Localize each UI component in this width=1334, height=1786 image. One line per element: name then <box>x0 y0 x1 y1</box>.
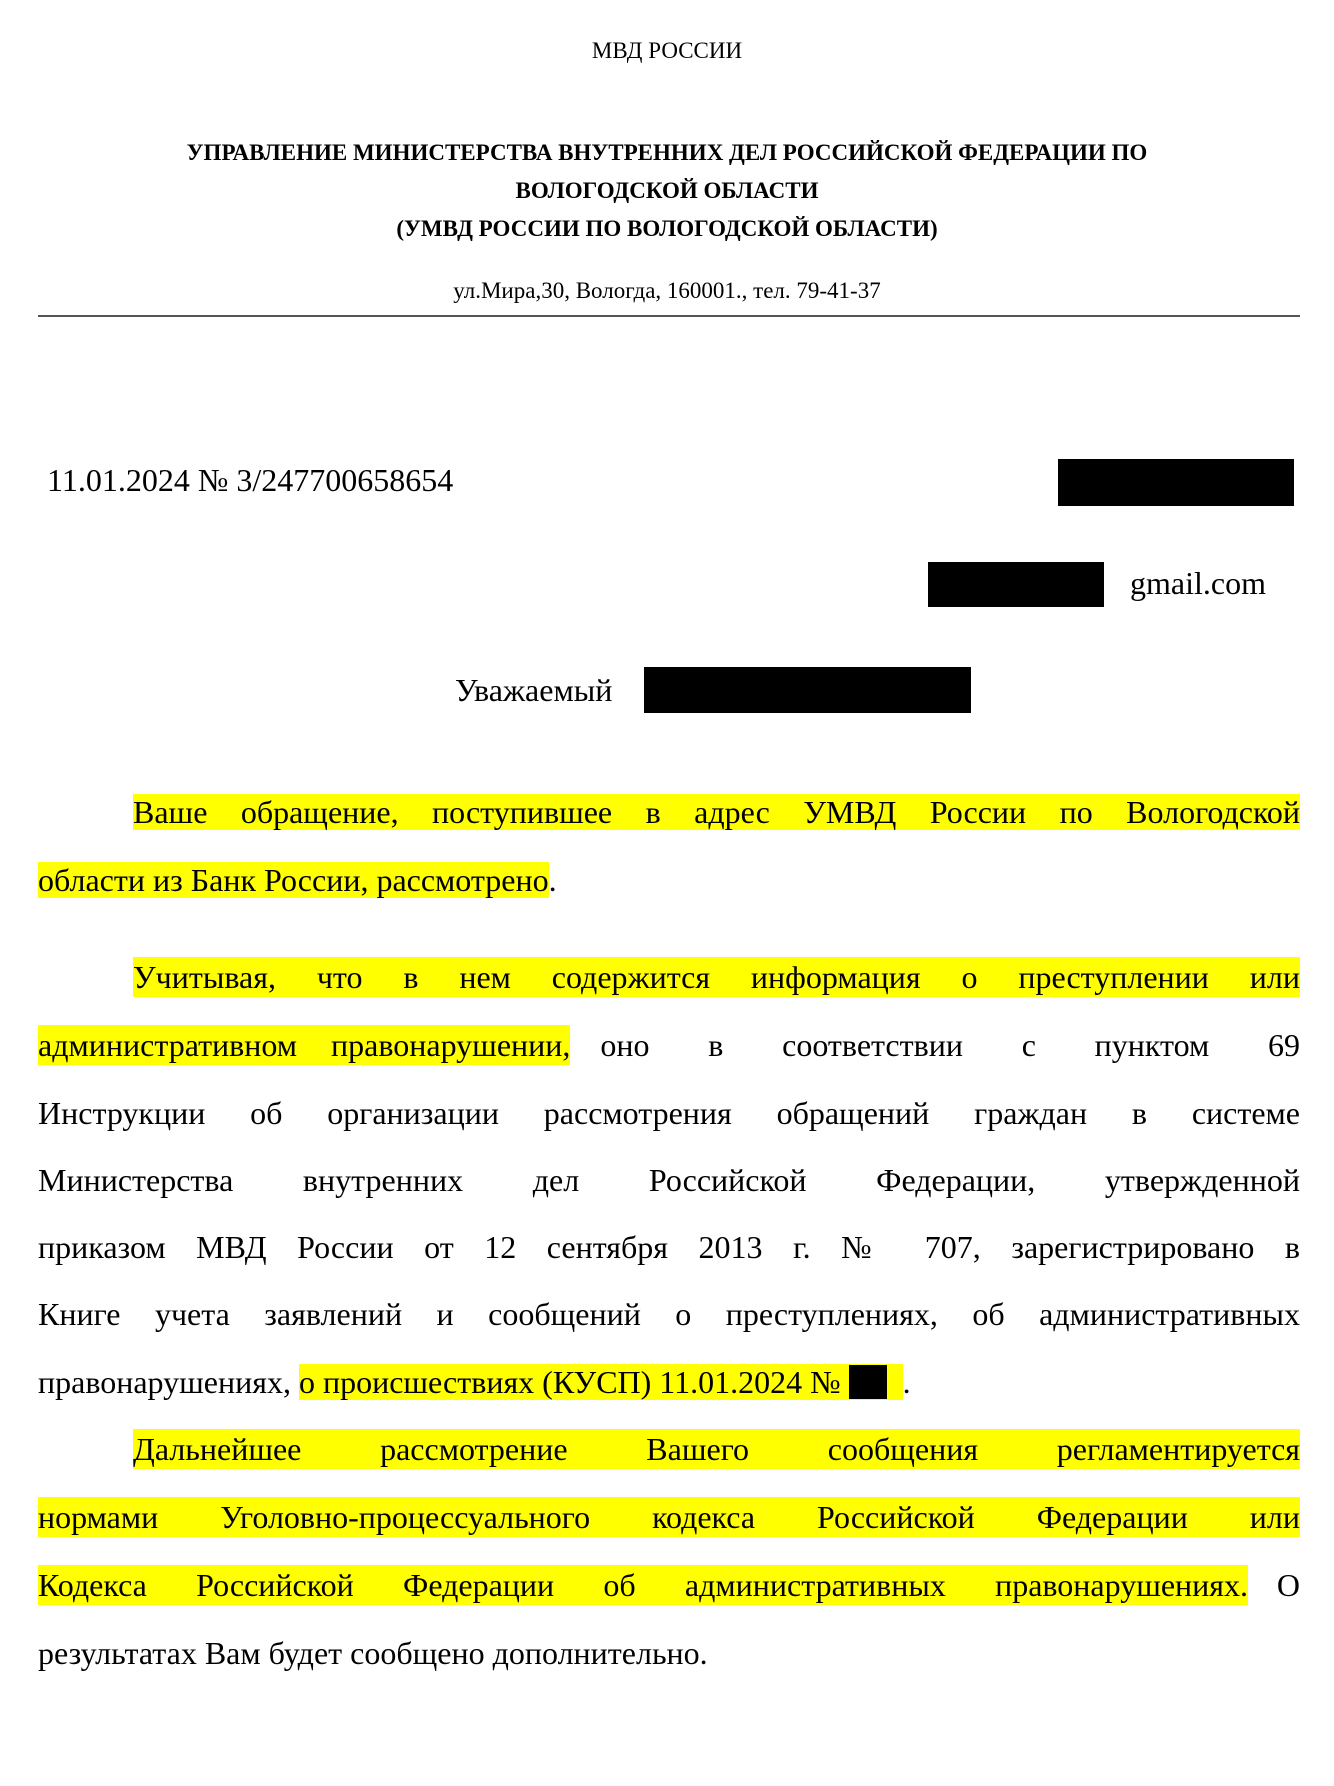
highlight: Кодекса Российской Федерации об админист… <box>38 1565 1248 1605</box>
paragraph-2-line-7: правонарушениях, о происшествиях (КУСП) … <box>38 1362 1300 1402</box>
paragraph-3-line-3: Кодекса Российской Федерации об админист… <box>38 1565 1300 1605</box>
department-address: ул.Мира,30, Вологда, 160001., тел. 79-41… <box>0 278 1334 304</box>
paragraph-2-line-4: Министерства внутренних дел Российской Ф… <box>38 1160 1300 1200</box>
salutation: Уважаемый <box>455 672 612 709</box>
text: правонарушениях, <box>38 1364 291 1400</box>
header-divider <box>38 315 1300 317</box>
redacted-email-user <box>928 562 1104 607</box>
highlight: административном правонарушении, <box>38 1025 570 1065</box>
paragraph-2-line-6: Книге учета заявлений и сообщений о прес… <box>38 1294 1300 1334</box>
paragraph-3-line-2: нормами Уголовно-процессуального кодекса… <box>38 1497 1300 1537</box>
paragraph-2-line-2: административном правонарушении, оно в с… <box>38 1025 1300 1065</box>
ministry-title: МВД РОССИИ <box>0 38 1334 64</box>
redacted-kusp-number <box>849 1365 887 1399</box>
redacted-recipient-name <box>1058 459 1294 506</box>
department-short-name: (УМВД РОССИИ ПО ВОЛОГОДСКОЙ ОБЛАСТИ) <box>0 216 1334 242</box>
highlight: Ваше обращение, поступившее в адрес УМВД… <box>133 794 1300 830</box>
paragraph-2-line-5: приказом МВД России от 12 сентября 2013 … <box>38 1227 1300 1267</box>
text: . <box>549 862 557 898</box>
email-domain: gmail.com <box>1130 565 1266 602</box>
paragraph-3-line-4: результатах Вам будет сообщено дополните… <box>38 1633 1300 1673</box>
paragraph-2-line-1: Учитывая, что в нем содержится информаци… <box>133 957 1300 997</box>
highlight: области из Банк России, рассмотрено <box>38 862 549 898</box>
text: оно в соответствии с пунктом 69 <box>600 1025 1300 1065</box>
department-title-line2: ВОЛОГОДСКОЙ ОБЛАСТИ <box>0 178 1334 204</box>
paragraph-1-line-2: области из Банк России, рассмотрено. <box>38 860 1300 900</box>
department-title-line1: УПРАВЛЕНИЕ МИНИСТЕРСТВА ВНУТРЕННИХ ДЕЛ Р… <box>0 140 1334 166</box>
highlight: о происшествиях (КУСП) 11.01.2024 № <box>299 1364 903 1400</box>
paragraph-1-line-1: Ваше обращение, поступившее в адрес УМВД… <box>133 792 1300 832</box>
redacted-addressee-name <box>644 667 971 713</box>
outgoing-date-number: 11.01.2024 № 3/247700658654 <box>47 462 453 499</box>
text: О <box>1277 1565 1300 1605</box>
kusp-label: о происшествиях (КУСП) 11.01.2024 № <box>299 1364 841 1400</box>
paragraph-3-line-1: Дальнейшее рассмотрение Вашего сообщения… <box>133 1429 1300 1469</box>
text: . <box>903 1364 911 1400</box>
paragraph-2-line-3: Инструкции об организации рассмотрения о… <box>38 1093 1300 1133</box>
